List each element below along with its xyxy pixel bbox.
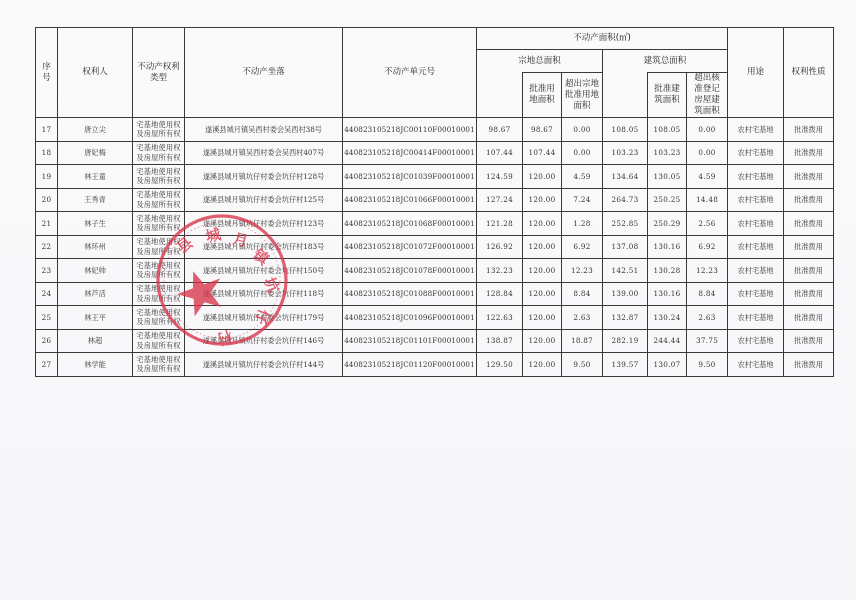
right-nature-cell: 批准拨用 [784, 259, 834, 283]
building-excess-cell: 4.59 [687, 165, 728, 189]
land-total-cell: 107.44 [477, 141, 523, 165]
land-total-cell: 124.59 [477, 165, 523, 189]
header-location: 不动产坐落 [185, 28, 343, 118]
right-type-cell: 宅基地使用权及房屋所有权 [133, 188, 185, 212]
table-row: 24林芦活宅基地使用权及房屋所有权遂溪县城月镇坑仔村委会坑仔村118号44082… [36, 282, 834, 306]
owner-cell: 唐妃梅 [58, 141, 133, 165]
land-excess-cell: 2.63 [562, 306, 603, 330]
building-excess-cell: 0.00 [687, 118, 728, 142]
right-type-cell: 宅基地使用权及房屋所有权 [133, 212, 185, 236]
usage-cell: 农村宅基地 [728, 282, 784, 306]
seq-cell: 25 [36, 306, 58, 330]
land-total-cell: 128.84 [477, 282, 523, 306]
building-approved-cell: 103.23 [648, 141, 687, 165]
seq-cell: 18 [36, 141, 58, 165]
right-nature-cell: 批准拨用 [784, 353, 834, 377]
land-total-cell: 129.50 [477, 353, 523, 377]
building-approved-cell: 250.29 [648, 212, 687, 236]
location-cell: 遂溪县城月镇吴西村委会吴西村407号 [185, 141, 343, 165]
table-row: 17唐立尖宅基地使用权及房屋所有权遂溪县城月镇吴西村委会吴西村38号440823… [36, 118, 834, 142]
building-total-cell: 134.64 [603, 165, 648, 189]
land-approved-cell: 120.00 [523, 353, 562, 377]
building-excess-cell: 6.92 [687, 235, 728, 259]
building-approved-cell: 130.28 [648, 259, 687, 283]
owner-cell: 林芦活 [58, 282, 133, 306]
seq-cell: 20 [36, 188, 58, 212]
table-row: 26林超宅基地使用权及房屋所有权遂溪县城月镇坑仔村委会坑仔村146号440823… [36, 329, 834, 353]
table-header: 序号 权利人 不动产权利类型 不动产坐落 不动产单元号 不动产面积(㎡) 用途 … [36, 28, 834, 118]
table-row: 19林王童宅基地使用权及房屋所有权遂溪县城月镇坑仔村委会坑仔村128号44082… [36, 165, 834, 189]
header-seq: 序号 [36, 28, 58, 118]
unit-no-cell: 440823105218JC00414F00010001 [343, 141, 477, 165]
building-excess-cell: 14.48 [687, 188, 728, 212]
usage-cell: 农村宅基地 [728, 259, 784, 283]
right-type-cell: 宅基地使用权及房屋所有权 [133, 329, 185, 353]
building-total-cell: 103.23 [603, 141, 648, 165]
unit-no-cell: 440823105218JC01120F00010001 [343, 353, 477, 377]
land-excess-cell: 6.92 [562, 235, 603, 259]
header-land-total-group: 宗地总面积 [477, 50, 603, 73]
location-cell: 遂溪县城月镇坑仔村委会坑仔村144号 [185, 353, 343, 377]
header-land-excess: 超出宗地批准用地面积 [562, 73, 603, 118]
land-excess-cell: 18.87 [562, 329, 603, 353]
unit-no-cell: 440823105218JC01096F00010001 [343, 306, 477, 330]
header-area-group: 不动产面积(㎡) [477, 28, 728, 50]
right-nature-cell: 批准拨用 [784, 212, 834, 236]
land-excess-cell: 9.50 [562, 353, 603, 377]
land-total-cell: 138.87 [477, 329, 523, 353]
building-approved-cell: 250.25 [648, 188, 687, 212]
land-excess-cell: 0.00 [562, 141, 603, 165]
usage-cell: 农村宅基地 [728, 353, 784, 377]
table-row: 20王秀青宅基地使用权及房屋所有权遂溪县城月镇坑仔村委会坑仔村125号44082… [36, 188, 834, 212]
building-excess-cell: 8.84 [687, 282, 728, 306]
building-approved-cell: 130.16 [648, 235, 687, 259]
building-approved-cell: 130.05 [648, 165, 687, 189]
usage-cell: 农村宅基地 [728, 141, 784, 165]
land-total-cell: 132.23 [477, 259, 523, 283]
table-row: 22林环州宅基地使用权及房屋所有权遂溪县城月镇坑仔村委会坑仔村183号44082… [36, 235, 834, 259]
owner-cell: 林子生 [58, 212, 133, 236]
owner-cell: 王秀青 [58, 188, 133, 212]
owner-cell: 林王平 [58, 306, 133, 330]
right-type-cell: 宅基地使用权及房屋所有权 [133, 141, 185, 165]
location-cell: 遂溪县城月镇坑仔村委会坑仔村128号 [185, 165, 343, 189]
unit-no-cell: 440823105218JC01068F00010001 [343, 212, 477, 236]
land-total-cell: 122.63 [477, 306, 523, 330]
usage-cell: 农村宅基地 [728, 329, 784, 353]
header-building-excess: 超出核准登记房屋建筑面积 [687, 73, 728, 118]
usage-cell: 农村宅基地 [728, 235, 784, 259]
land-total-cell: 98.67 [477, 118, 523, 142]
building-approved-cell: 130.07 [648, 353, 687, 377]
building-total-cell: 137.08 [603, 235, 648, 259]
unit-no-cell: 440823105218JC01039F00010001 [343, 165, 477, 189]
table-row: 23林妃帅宅基地使用权及房屋所有权遂溪县城月镇坑仔村委会坑仔村150号44082… [36, 259, 834, 283]
right-type-cell: 宅基地使用权及房屋所有权 [133, 235, 185, 259]
building-approved-cell: 108.05 [648, 118, 687, 142]
seq-cell: 17 [36, 118, 58, 142]
unit-no-cell: 440823105218JC01072F00010001 [343, 235, 477, 259]
right-nature-cell: 批准拨用 [784, 235, 834, 259]
building-total-cell: 108.05 [603, 118, 648, 142]
right-nature-cell: 批准拨用 [784, 188, 834, 212]
registration-table: 序号 权利人 不动产权利类型 不动产坐落 不动产单元号 不动产面积(㎡) 用途 … [35, 27, 834, 377]
unit-no-cell: 440823105218JC01088F00010001 [343, 282, 477, 306]
usage-cell: 农村宅基地 [728, 118, 784, 142]
header-building-total-group: 建筑总面积 [603, 50, 728, 73]
usage-cell: 农村宅基地 [728, 165, 784, 189]
building-approved-cell: 130.24 [648, 306, 687, 330]
document-page: 序号 权利人 不动产权利类型 不动产坐落 不动产单元号 不动产面积(㎡) 用途 … [0, 0, 856, 600]
land-total-cell: 121.28 [477, 212, 523, 236]
right-nature-cell: 批准拨用 [784, 282, 834, 306]
land-excess-cell: 4.59 [562, 165, 603, 189]
header-right-nature: 权利性质 [784, 28, 834, 118]
land-total-cell: 127.24 [477, 188, 523, 212]
building-total-cell: 264.73 [603, 188, 648, 212]
building-excess-cell: 12.23 [687, 259, 728, 283]
header-right-type: 不动产权利类型 [133, 28, 185, 118]
land-approved-cell: 120.00 [523, 306, 562, 330]
owner-cell: 林学能 [58, 353, 133, 377]
land-excess-cell: 1.28 [562, 212, 603, 236]
location-cell: 遂溪县城月镇坑仔村委会坑仔村183号 [185, 235, 343, 259]
owner-cell: 林环州 [58, 235, 133, 259]
unit-no-cell: 440823105218JC01078F00010001 [343, 259, 477, 283]
owner-cell: 唐立尖 [58, 118, 133, 142]
building-excess-cell: 37.75 [687, 329, 728, 353]
seq-cell: 23 [36, 259, 58, 283]
land-excess-cell: 0.00 [562, 118, 603, 142]
right-nature-cell: 批准拨用 [784, 306, 834, 330]
land-excess-cell: 12.23 [562, 259, 603, 283]
building-total-cell: 139.00 [603, 282, 648, 306]
header-building-approved: 批准建筑面积 [648, 73, 687, 118]
location-cell: 遂溪县城月镇坑仔村委会坑仔村123号 [185, 212, 343, 236]
building-total-cell: 252.85 [603, 212, 648, 236]
usage-cell: 农村宅基地 [728, 212, 784, 236]
land-approved-cell: 120.00 [523, 188, 562, 212]
land-approved-cell: 120.00 [523, 282, 562, 306]
location-cell: 遂溪县城月镇吴西村委会吴西村38号 [185, 118, 343, 142]
table-row: 25林王平宅基地使用权及房屋所有权遂溪县城月镇坑仔村委会坑仔村179号44082… [36, 306, 834, 330]
header-usage: 用途 [728, 28, 784, 118]
seq-cell: 27 [36, 353, 58, 377]
header-building-total [603, 73, 648, 118]
building-excess-cell: 9.50 [687, 353, 728, 377]
right-nature-cell: 批准拨用 [784, 141, 834, 165]
table-body: 17唐立尖宅基地使用权及房屋所有权遂溪县城月镇吴西村委会吴西村38号440823… [36, 118, 834, 377]
right-type-cell: 宅基地使用权及房屋所有权 [133, 353, 185, 377]
unit-no-cell: 440823105218JC01101F00010001 [343, 329, 477, 353]
location-cell: 遂溪县城月镇坑仔村委会坑仔村118号 [185, 282, 343, 306]
location-cell: 遂溪县城月镇坑仔村委会坑仔村146号 [185, 329, 343, 353]
land-approved-cell: 120.00 [523, 259, 562, 283]
seq-cell: 19 [36, 165, 58, 189]
usage-cell: 农村宅基地 [728, 306, 784, 330]
table-row: 27林学能宅基地使用权及房屋所有权遂溪县城月镇坑仔村委会坑仔村144号44082… [36, 353, 834, 377]
land-approved-cell: 120.00 [523, 212, 562, 236]
right-type-cell: 宅基地使用权及房屋所有权 [133, 282, 185, 306]
building-excess-cell: 2.56 [687, 212, 728, 236]
location-cell: 遂溪县城月镇坑仔村委会坑仔村125号 [185, 188, 343, 212]
right-nature-cell: 批准拨用 [784, 329, 834, 353]
right-type-cell: 宅基地使用权及房屋所有权 [133, 259, 185, 283]
unit-no-cell: 440823105218JC01066F00010001 [343, 188, 477, 212]
table-row: 21林子生宅基地使用权及房屋所有权遂溪县城月镇坑仔村委会坑仔村123号44082… [36, 212, 834, 236]
header-land-total [477, 73, 523, 118]
owner-cell: 林王童 [58, 165, 133, 189]
land-approved-cell: 107.44 [523, 141, 562, 165]
building-total-cell: 132.87 [603, 306, 648, 330]
land-excess-cell: 7.24 [562, 188, 603, 212]
seq-cell: 22 [36, 235, 58, 259]
owner-cell: 林超 [58, 329, 133, 353]
land-excess-cell: 8.84 [562, 282, 603, 306]
land-approved-cell: 120.00 [523, 165, 562, 189]
building-total-cell: 139.57 [603, 353, 648, 377]
header-unit-no: 不动产单元号 [343, 28, 477, 118]
land-approved-cell: 120.00 [523, 329, 562, 353]
location-cell: 遂溪县城月镇坑仔村委会坑仔村179号 [185, 306, 343, 330]
building-total-cell: 282.19 [603, 329, 648, 353]
building-total-cell: 142.51 [603, 259, 648, 283]
right-nature-cell: 批准拨用 [784, 165, 834, 189]
building-excess-cell: 2.63 [687, 306, 728, 330]
seq-cell: 24 [36, 282, 58, 306]
header-owner: 权利人 [58, 28, 133, 118]
building-approved-cell: 244.44 [648, 329, 687, 353]
building-approved-cell: 130.16 [648, 282, 687, 306]
header-land-approved: 批准用地面积 [523, 73, 562, 118]
right-type-cell: 宅基地使用权及房屋所有权 [133, 118, 185, 142]
right-nature-cell: 批准拨用 [784, 118, 834, 142]
seq-cell: 26 [36, 329, 58, 353]
building-excess-cell: 0.00 [687, 141, 728, 165]
unit-no-cell: 440823105218JC00110F00010001 [343, 118, 477, 142]
land-total-cell: 126.92 [477, 235, 523, 259]
right-type-cell: 宅基地使用权及房屋所有权 [133, 306, 185, 330]
land-approved-cell: 120.00 [523, 235, 562, 259]
land-approved-cell: 98.67 [523, 118, 562, 142]
usage-cell: 农村宅基地 [728, 188, 784, 212]
location-cell: 遂溪县城月镇坑仔村委会坑仔村150号 [185, 259, 343, 283]
table-row: 18唐妃梅宅基地使用权及房屋所有权遂溪县城月镇吴西村委会吴西村407号44082… [36, 141, 834, 165]
owner-cell: 林妃帅 [58, 259, 133, 283]
right-type-cell: 宅基地使用权及房屋所有权 [133, 165, 185, 189]
seq-cell: 21 [36, 212, 58, 236]
